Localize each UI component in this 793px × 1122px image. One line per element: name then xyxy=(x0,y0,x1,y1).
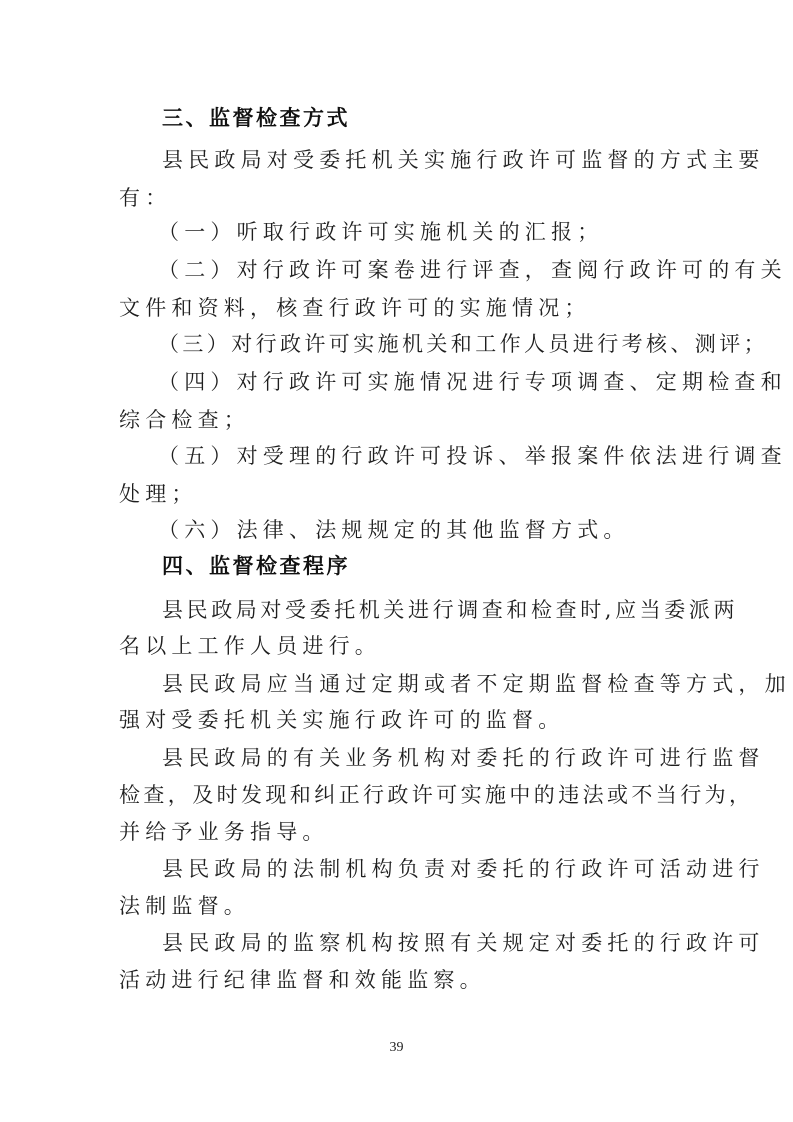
paragraph-line: 县民政局应当通过定期或者不定期监督检查等方式，加 xyxy=(162,670,791,698)
section-heading-supervision-procedure: 四、监督检查程序 xyxy=(162,552,350,580)
paragraph-line: 县民政局对受委托机关进行调查和检查时,应当委派两 xyxy=(162,596,738,624)
list-item-1: （一）听取行政许可实施机关的汇报； xyxy=(158,218,603,246)
paragraph-line: 并给予业务指导。 xyxy=(119,818,329,846)
paragraph-line: 法制监督。 xyxy=(119,892,250,920)
paragraph-line: 县民政局的监察机构按照有关规定对委托的行政许可 xyxy=(162,929,765,957)
paragraph-line: 活动进行纪律监督和效能监察。 xyxy=(119,966,486,994)
document-page: 三、监督检查方式 县民政局对受委托机关实施行政许可监督的方式主要 有： （一）听… xyxy=(0,0,793,1122)
list-item-2-continued: 文件和资料，核查行政许可的实施情况； xyxy=(119,294,591,322)
list-item-3: （三）对行政许可实施机关和工作人员进行考核、测评； xyxy=(158,330,768,358)
paragraph-line: 县民政局的有关业务机构对委托的行政许可进行监督 xyxy=(162,744,765,772)
section-heading-supervision-methods: 三、监督检查方式 xyxy=(162,104,350,132)
paragraph-line: 县民政局的法制机构负责对委托的行政许可活动进行 xyxy=(162,855,765,883)
paragraph-line: 名以上工作人员进行。 xyxy=(119,632,381,660)
list-item-4: （四）对行政许可实施情况进行专项调查、定期检查和 xyxy=(158,368,787,396)
list-item-2: （二）对行政许可案卷进行评查，查阅行政许可的有关 xyxy=(158,256,787,284)
list-item-5: （五）对受理的行政许可投诉、举报案件依法进行调查 xyxy=(158,442,787,470)
list-item-5-continued: 处理； xyxy=(119,480,198,508)
paragraph-line: 检查，及时发现和纠正行政许可实施中的违法或不当行为， xyxy=(119,781,753,809)
page-number: 39 xyxy=(0,1040,793,1056)
list-item-6: （六）法律、法规规定的其他监督方式。 xyxy=(158,516,630,544)
paragraph-line: 县民政局对受委托机关实施行政许可监督的方式主要 xyxy=(162,146,765,174)
paragraph-line: 强对受委托机关实施行政许可的监督。 xyxy=(119,706,564,734)
list-item-4-continued: 综合检查； xyxy=(119,406,250,434)
paragraph-line: 有： xyxy=(119,184,171,212)
